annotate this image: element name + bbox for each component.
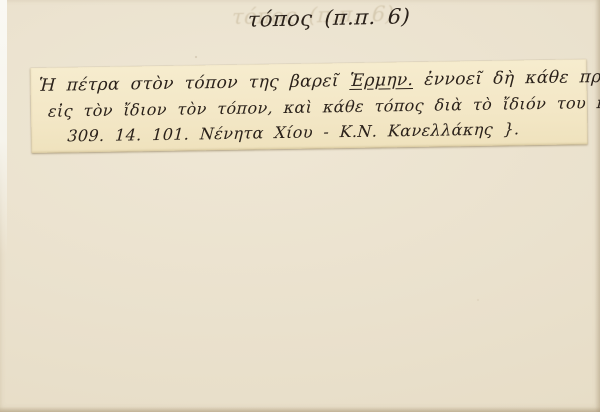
card-edge-bottom — [0, 407, 600, 412]
card-heading-lemma: τόπος (π.π. 6) — [247, 4, 411, 31]
scanned-card-image: τόπος (π.π. 6) Ἡ πέτρα στὸν τόπον της βα… — [0, 0, 600, 412]
slip-text-line-3-citation: 309. 14. 101. Νένητα Χίου - Κ.Ν. Κανελλά… — [67, 119, 520, 145]
pasted-paper-slip: Ἡ πέτρα στὸν τόπον της βαρεῖ Ἑρμην. ἐννο… — [30, 59, 587, 153]
scan-edge-left — [0, 0, 7, 255]
card-edge-right — [595, 0, 600, 412]
proverb-text: Ἡ πέτρα στὸν τόπον της βαρεῖ — [38, 71, 350, 96]
underlined-abbreviation: Ἑρμην. — [349, 70, 414, 91]
slip-text-line-2: εἰς τὸν ἴδιον τὸν τόπον, καὶ κάθε τόπος … — [47, 91, 600, 120]
slip-text-line-1: Ἡ πέτρα στὸν τόπον της βαρεῖ Ἑρμην. ἐννο… — [38, 66, 600, 96]
explanation-start: ἐννοεῖ δὴ κάθε πρᾶγμα — [413, 66, 600, 90]
